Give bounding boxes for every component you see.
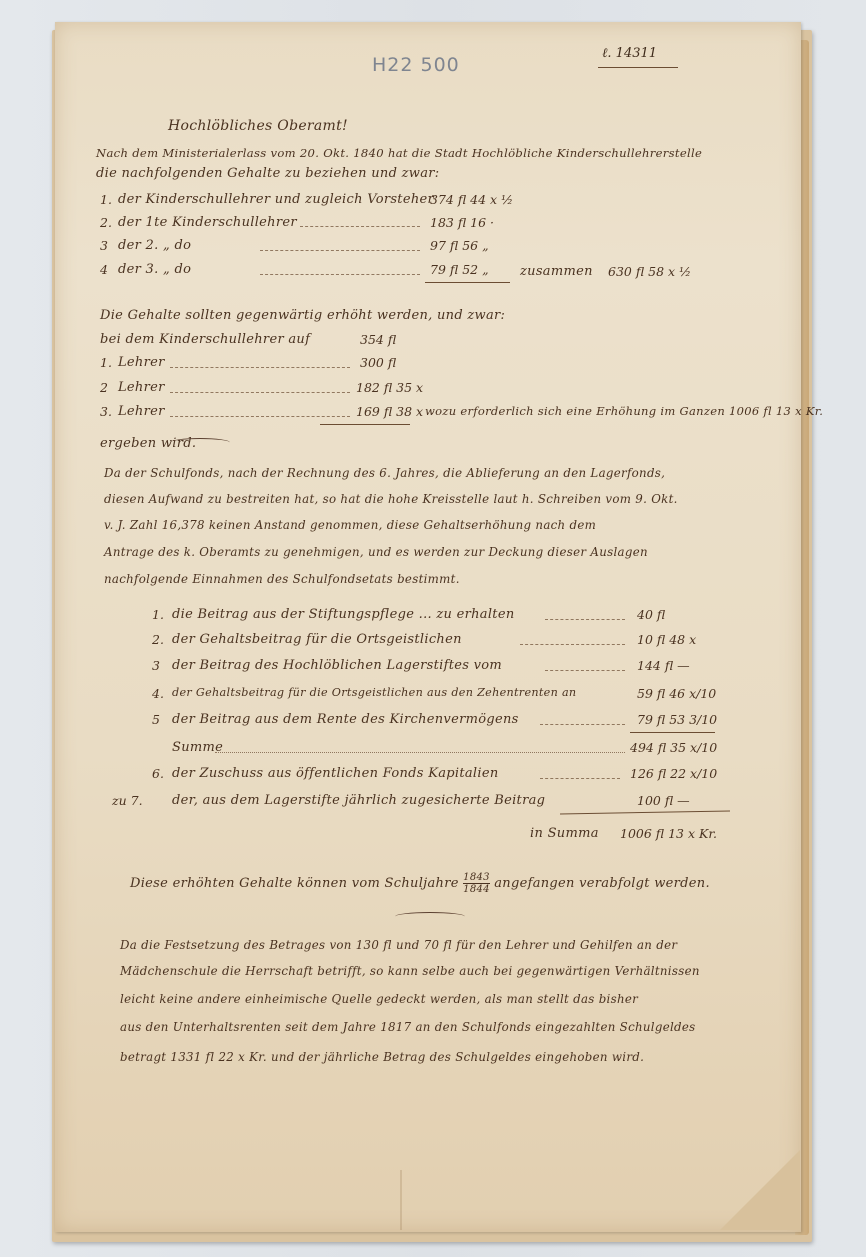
list1-item-amount: 79 fl 52 „ (430, 262, 489, 277)
intro-line-1: Nach dem Ministerialerlass vom 20. Okt. … (96, 146, 702, 160)
leader-dashes (300, 226, 420, 227)
list1-item-number: 2. (100, 215, 112, 230)
list2-item-number: 2 (100, 380, 108, 395)
paragraph-2: Die Gehalte sollten gegenwärtig erhöht w… (100, 308, 505, 323)
school-year-fraction: 1843 1844 (463, 872, 490, 895)
paragraph-4-before: Diese erhöhten Gehalte können vom Schulj… (130, 876, 459, 891)
sum-underline (425, 282, 510, 283)
list1-total: 630 fl 58 x ½ (608, 264, 691, 279)
list1-item-text: der 2. „ do (118, 238, 191, 253)
flourish (395, 912, 465, 921)
list3-item-amount: 126 fl 22 x/10 (630, 766, 717, 781)
list3-item-number: 6. (152, 766, 164, 781)
intro-line-2: die nachfolgenden Gehalte zu beziehen un… (96, 166, 439, 181)
leader-dashes (540, 724, 625, 725)
list1-item-amount: 97 fl 56 „ (430, 238, 489, 253)
school-year-end: 1844 (463, 884, 490, 895)
flourish (170, 438, 230, 447)
list3-item-amount: 40 fl (637, 607, 665, 622)
list3-item-amount: 10 fl 48 x (637, 632, 696, 647)
paragraph-5-line: betragt 1331 fl 22 x Kr. und der jährlic… (120, 1050, 644, 1064)
leader-dashes (260, 250, 420, 251)
paragraph-5-line: Mädchenschule die Herrschaft betrifft, s… (120, 964, 700, 978)
list2-item-text: Lehrer (118, 380, 165, 395)
list3-subtotal: 494 fl 35 x/10 (630, 740, 717, 755)
leader-dashes (170, 367, 350, 368)
list3-total: 1006 fl 13 x Kr. (620, 826, 717, 841)
pencil-archive-number: H22 500 (372, 54, 460, 76)
school-year-start: 1843 (463, 872, 490, 884)
list2-item-amount: 354 fl (360, 332, 396, 347)
list3-item-number: 5 (152, 712, 160, 727)
paragraph-3-line: diesen Aufwand zu bestreiten hat, so hat… (104, 492, 678, 506)
list2-item-amount: 169 fl 38 x (356, 404, 423, 419)
list3-item-text: der Zuschuss aus öffentlichen Fonds Kapi… (172, 766, 499, 781)
list1-item-text: der Kinderschullehrer und zugleich Vorst… (118, 192, 434, 207)
list1-item-number: 1. (100, 192, 112, 207)
list3-item-number: 3 (152, 658, 160, 673)
list2-item-amount: 182 fl 35 x (356, 380, 423, 395)
paragraph-3-line: v. J. Zahl 16,378 keinen Anstand genomme… (104, 518, 596, 532)
list1-item-number: 3 (100, 238, 108, 253)
archive-reference-underline (598, 67, 678, 68)
list3-item-text: der, aus dem Lagerstifte jährlich zugesi… (172, 793, 545, 808)
list1-item-amount: 374 fl 44 x ½ (430, 192, 513, 207)
paragraph-3-line: Antrage des k. Oberamts zu genehmigen, u… (104, 545, 648, 559)
list1-item-text: der 1te Kinderschullehrer (118, 215, 297, 230)
leader-dashes (545, 670, 625, 671)
list2-item-text: bei dem Kinderschullehrer auf (100, 332, 310, 347)
list1-total-label: zusammen (520, 264, 593, 279)
list3-item-number: 2. (152, 632, 164, 647)
list2-item-number: 1. (100, 355, 112, 370)
paragraph-3-line: nachfolgende Einnahmen des Schulfondseta… (104, 572, 460, 586)
list2-item-text: Lehrer (118, 404, 165, 419)
leader-dashes (545, 619, 625, 620)
list3-item-amount: 144 fl — (637, 658, 690, 673)
leader-dashes (520, 644, 625, 645)
paragraph-5-line: aus den Unterhaltsrenten seit dem Jahre … (120, 1020, 696, 1034)
list3-item-number: 1. (152, 607, 164, 622)
paragraph-4-after: angefangen verabfolgt werden. (494, 876, 710, 891)
folded-corner (720, 1150, 800, 1230)
sum-underline (630, 732, 715, 733)
list1-item-amount: 183 fl 16 · (430, 215, 494, 230)
leader-dots (215, 752, 625, 753)
list3-item-number: 4. (152, 686, 164, 701)
paragraph-5-line: Da die Festsetzung des Betrages von 130 … (120, 938, 677, 952)
list3-item-amount: 100 fl — (637, 793, 690, 808)
list3-item-amount: 59 fl 46 x/10 (637, 686, 716, 701)
list3-item-amount: 79 fl 53 3/10 (637, 712, 717, 727)
salutation: Hochlöbliches Oberamt! (168, 118, 348, 134)
list2-item-number: 3. (100, 404, 112, 419)
list2-item-amount: 300 fl (360, 355, 396, 370)
archive-reference: ℓ. 14311 (602, 45, 657, 61)
leader-dashes (260, 274, 420, 275)
list2-note: wozu erforderlich sich eine Erhöhung im … (425, 404, 823, 418)
paragraph-5-line: leicht keine andere einheimische Quelle … (120, 992, 638, 1006)
list1-item-number: 4 (100, 262, 108, 277)
list2-item-text: Lehrer (118, 355, 165, 370)
leader-dashes (170, 416, 350, 417)
list3-item-text: die Beitrag aus der Stiftungspflege ... … (172, 607, 515, 622)
list3-item-text: der Gehaltsbeitrag für die Ortsgeistlich… (172, 686, 576, 699)
list3-item-text: der Beitrag aus dem Rente des Kirchenver… (172, 712, 519, 727)
paper-fold (400, 1170, 402, 1230)
leader-dashes (540, 778, 620, 779)
leader-dashes (170, 392, 350, 393)
sum-underline (320, 424, 410, 425)
list3-item-text: der Beitrag des Hochlöblichen Lagerstift… (172, 658, 502, 673)
list3-item-number: zu 7. (112, 793, 143, 808)
list3-item-text: der Gehaltsbeitrag für die Ortsgeistlich… (172, 632, 462, 647)
list1-item-text: der 3. „ do (118, 262, 191, 277)
paragraph-4: Diese erhöhten Gehalte können vom Schulj… (130, 872, 710, 895)
paragraph-3-line: Da der Schulfonds, nach der Rechnung des… (104, 466, 665, 480)
list3-total-label: in Summa (530, 826, 599, 841)
